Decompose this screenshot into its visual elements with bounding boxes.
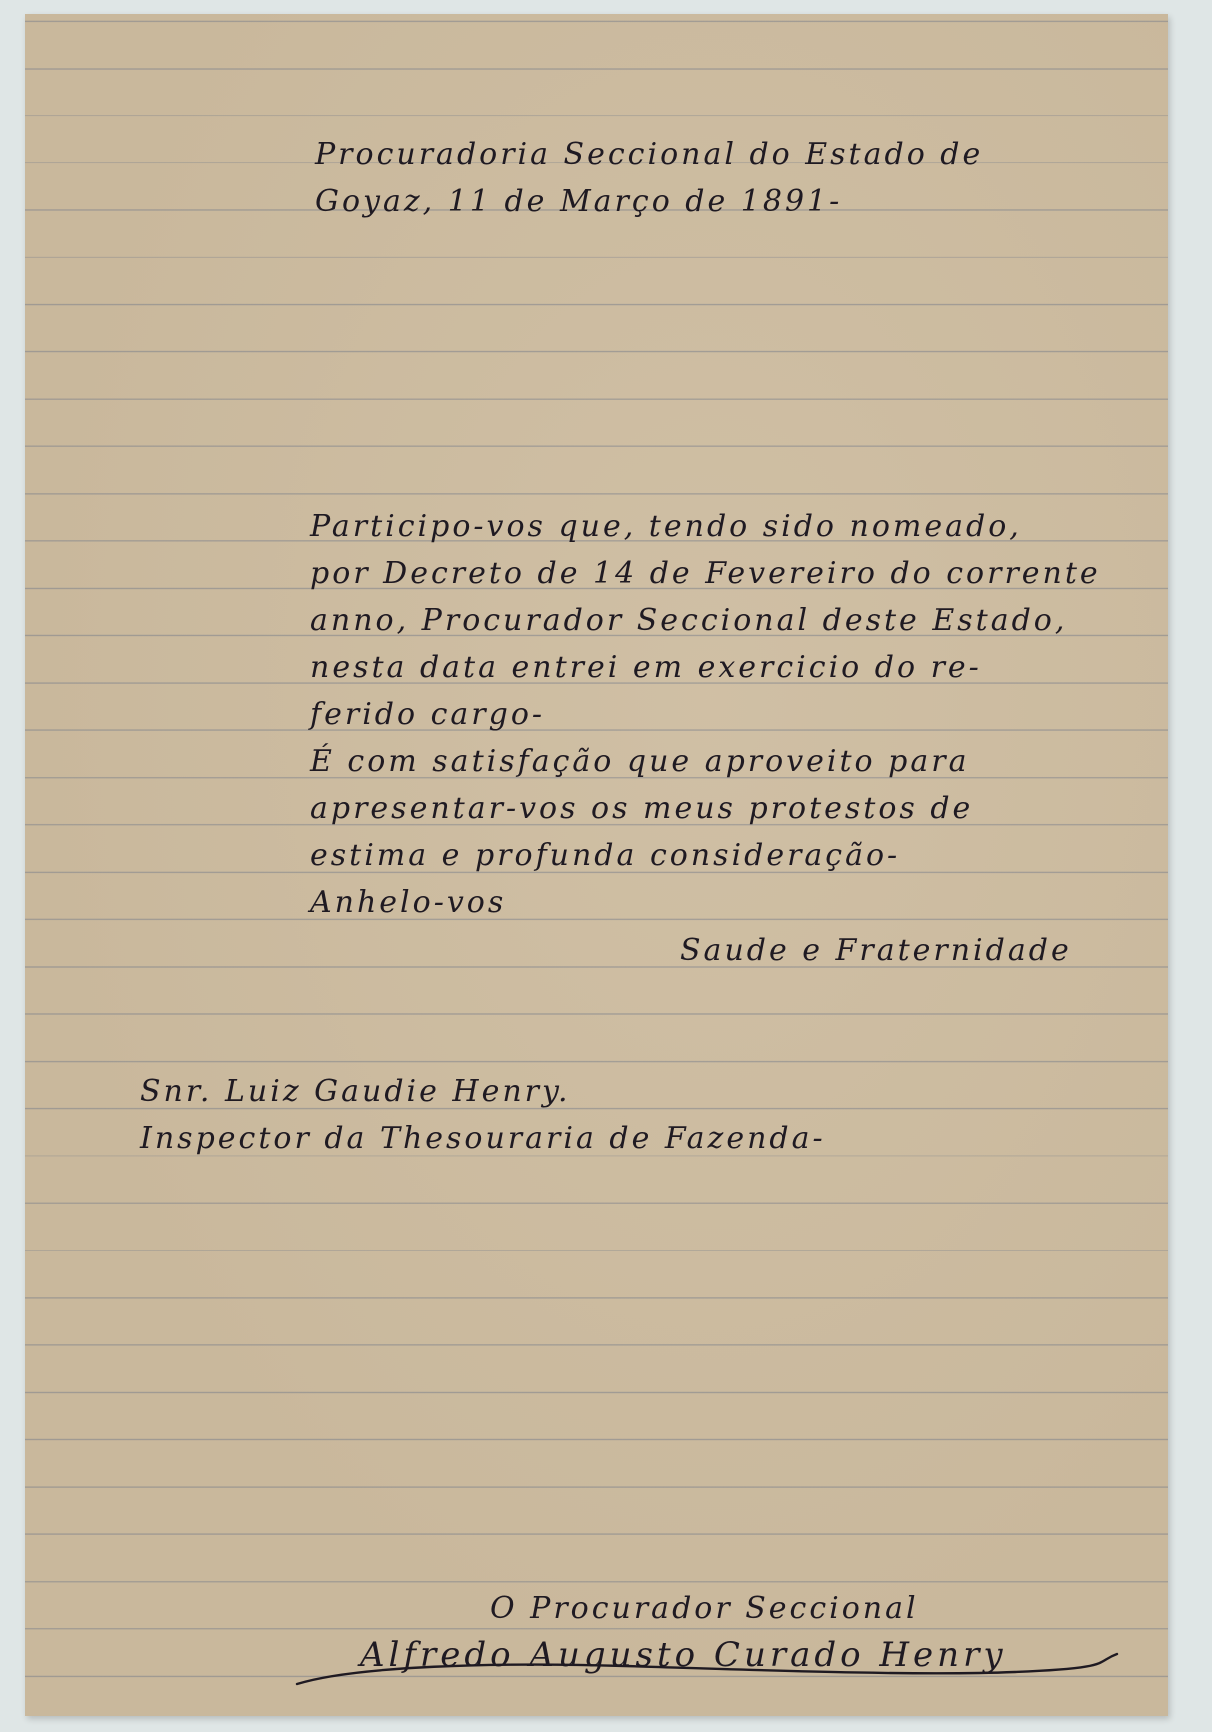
closing-salutation: Saude e Fraternidade <box>680 927 1072 974</box>
body-line: É com satisfação que aproveito para <box>310 738 1101 785</box>
body-line: nesta data entrei em exercicio do re- <box>310 644 1101 691</box>
recipient-title: Inspector da Thesouraria de Fazenda- <box>140 1115 826 1162</box>
header-date-line: Goyaz, 11 de Março de 1891- <box>315 178 983 225</box>
recipient-name: Snr. Luiz Gaudie Henry. <box>140 1068 826 1115</box>
closing-text: Saude e Fraternidade <box>680 927 1072 974</box>
signature-flourish-icon <box>295 1648 1125 1688</box>
body-line: Anhelo-vos <box>310 879 1101 926</box>
header-line: Procuradoria Seccional do Estado de <box>315 131 983 178</box>
recipient-block: Snr. Luiz Gaudie Henry. Inspector da The… <box>140 1068 826 1162</box>
signature-title: O Procurador Seccional <box>360 1585 1007 1632</box>
letter-paper: Procuradoria Seccional do Estado de Goya… <box>25 14 1168 1716</box>
body-line: estima e profunda consideração- <box>310 832 1101 879</box>
body-line: anno, Procurador Seccional deste Estado, <box>310 597 1101 644</box>
body-line: apresentar-vos os meus protestos de <box>310 785 1101 832</box>
letter-header: Procuradoria Seccional do Estado de Goya… <box>315 131 983 225</box>
body-line: ferido cargo- <box>310 691 1101 738</box>
body-line: por Decreto de 14 de Fevereiro do corren… <box>310 550 1101 597</box>
body-line: Participo-vos que, tendo sido nomeado, <box>310 503 1101 550</box>
letter-body: Participo-vos que, tendo sido nomeado, p… <box>310 503 1101 926</box>
